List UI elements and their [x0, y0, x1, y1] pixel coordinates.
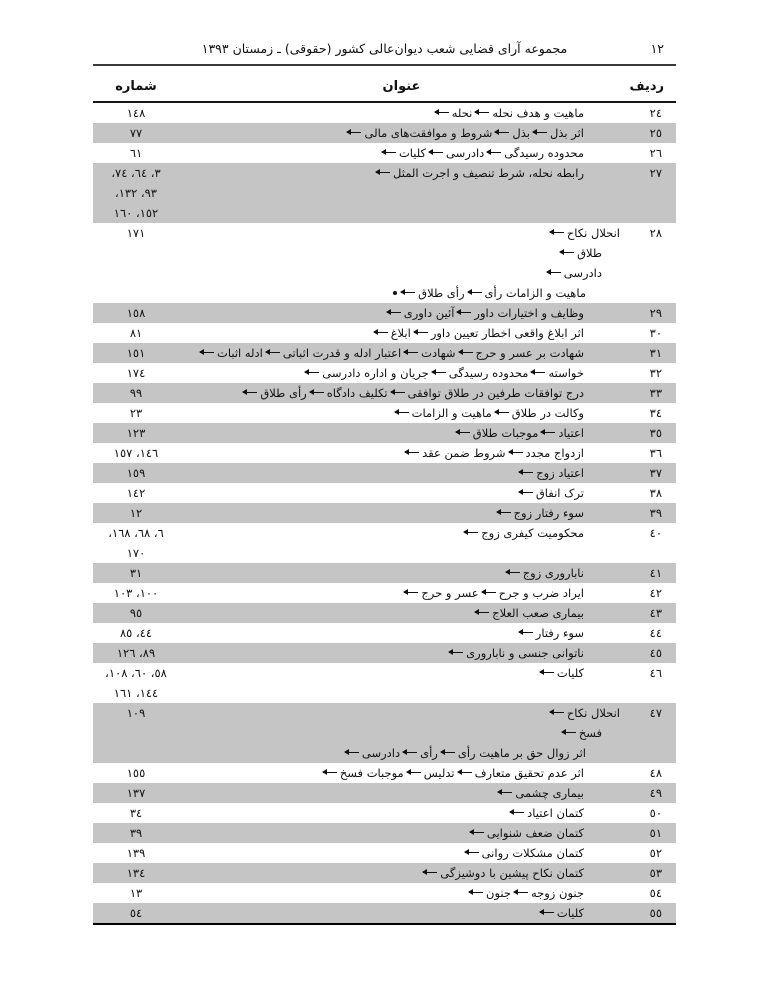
table-row: ٣١ناباروری زوج٤١: [93, 563, 676, 583]
keyword-segment: اعتبار ادله و قدرت اثباتی: [283, 343, 401, 363]
row-number-line: ٤٧: [624, 703, 662, 723]
keyword-segment: بذل: [512, 123, 530, 143]
keyword-segment: ناباروری زوج: [523, 563, 584, 583]
reference-number-cell: ١٥١: [93, 343, 179, 363]
table-header-row: شماره عنوان ردیف: [93, 66, 676, 101]
keyword-segment: شروط ضمن عقد: [422, 443, 505, 463]
keyword-segment: ادله اثبات: [217, 343, 263, 363]
arrow-left-icon: [382, 152, 396, 153]
row-number-line: ٣٥: [624, 423, 662, 443]
row-number-cell: ٤٣: [624, 603, 676, 623]
row-number-line: ٥٣: [624, 863, 662, 883]
reference-number-text: ٣، ٦٤، ٧٤،: [111, 166, 160, 180]
reference-number-cell: ٥٤: [93, 903, 179, 923]
arrow-left-icon: [310, 392, 324, 393]
keyword-segment: خواسته: [548, 363, 584, 383]
reference-number-text: ١٤٨: [127, 106, 146, 120]
arrow-left-icon: [469, 892, 483, 893]
reference-number-text: ١٢٣: [127, 426, 146, 440]
keyword-segment: اثر بذل: [550, 123, 584, 143]
table-row: ١٥٩اعتیاد زوج٣٧: [93, 463, 676, 483]
reference-number-text: ١٥٩: [127, 466, 146, 480]
reference-number-text: ١٤٤، ١٦١: [114, 686, 158, 700]
row-number-cell: ٤٧: [624, 703, 676, 763]
entry-title-line: کتمان اعتیاد: [179, 803, 624, 823]
row-number-text: ٢٥: [650, 126, 662, 140]
keyword-segment: انحلال نکاح: [567, 703, 620, 723]
keyword-segment: آئین داوری: [404, 303, 455, 323]
row-number-cell: ٢٧: [624, 163, 676, 223]
row-number-line: ٤٨: [624, 763, 662, 783]
reference-number-cell: ٥٨، ٦٠، ١٠٨،١٤٤، ١٦١: [93, 663, 179, 703]
reference-number-line: ٩٥: [93, 603, 179, 623]
arrow-left-icon: [323, 772, 337, 773]
row-number-line: ٥٤: [624, 883, 662, 903]
arrow-left-icon: [514, 892, 528, 893]
arrow-left-icon: [531, 372, 545, 373]
entry-title-line: جریان و اداره دادرسیمحدوده رسیدگیخواسته: [179, 363, 624, 383]
table-row: ١٥١ادله اثباتاعتبار ادله و قدرت اثباتیشه…: [93, 343, 676, 363]
row-number-text: ٢٦: [650, 146, 662, 160]
reference-number-cell: ٣٩: [93, 823, 179, 843]
arrow-left-icon: [533, 132, 547, 133]
entry-title-line: اعتیاد زوج: [179, 463, 624, 483]
reference-number-line: ١٤٤، ١٦١: [93, 683, 179, 703]
reference-number-text: ٢٣: [130, 406, 142, 420]
arrow-left-icon: [391, 392, 405, 393]
entry-title-cell: انحلال نکاحفسخدادرسیرأیاثر زوال حق بر ما…: [179, 703, 624, 763]
entry-title-cell: کتمان اعتیاد: [179, 803, 624, 823]
entry-title-cell: ناتوانی جنسی و ناباروری: [179, 643, 624, 663]
reference-number-text: ١٥٥: [127, 766, 146, 780]
table-row: ١٢سوء رفتار زوج٣٩: [93, 503, 676, 523]
arrow-left-icon: [495, 412, 509, 413]
keyword-segment: عسر و حرج: [421, 583, 478, 603]
reference-number-cell: ١٤٢: [93, 483, 179, 503]
reference-number-line: ١٢: [93, 503, 179, 523]
entry-title-line: محکومیت کیفری زوج: [179, 523, 624, 543]
row-number-text: ٣٧: [650, 466, 662, 480]
table-row: ١٣٤کتمان نکاح پیشین با دوشیزگی٥٣: [93, 863, 676, 883]
arrow-left-icon: [345, 752, 359, 753]
row-number-line: ٤٩: [624, 783, 662, 803]
table-row: ١٠٩انحلال نکاحفسخدادرسیرأیاثر زوال حق بر…: [93, 703, 676, 763]
table-row: ١٠٠، ١٠٣عسر و حرجایراد ضرب و جرح٤٢: [93, 583, 676, 603]
keyword-segment: ماهیت و الزامات: [412, 403, 492, 423]
keyword-segment: ترک انفاق: [536, 483, 584, 503]
keyword-segment: اعتیاد: [558, 423, 584, 443]
keyword-segment: بیماری صعب العلاج: [492, 603, 584, 623]
reference-number-line: ١٣٩: [93, 843, 179, 863]
entry-title-line: رابطه نحله، شرط تنصیف و اجرت المثل: [179, 163, 624, 183]
reference-number-text: ٤٤، ٨٥: [120, 626, 152, 640]
row-number-text: ٣٤: [650, 406, 662, 420]
keyword-segment: ناتوانی جنسی و ناباروری: [466, 643, 584, 663]
entry-title-cell: کلیاتدادرسیمحدوده رسیدگی: [179, 143, 624, 163]
row-number-cell: ٤٥: [624, 643, 676, 663]
keyword-segment: رأی طلاق: [418, 283, 464, 303]
keyword-segment: ازدواج مجدد: [526, 443, 584, 463]
row-number-line: ٤٦: [624, 663, 662, 683]
arrow-left-icon: [487, 152, 501, 153]
entry-title-line: شروط ضمن عقدازدواج مجدد: [179, 443, 624, 463]
table-row: ١٣٩کتمان مشکلات روانی٥٢: [93, 843, 676, 863]
reference-number-line: ٣٤: [93, 803, 179, 823]
arrow-left-icon: [506, 572, 520, 573]
arrow-left-icon: [423, 872, 437, 873]
reference-number-line: ٣، ٦٤، ٧٤،: [93, 163, 179, 183]
row-number-line: ٤٠: [624, 523, 662, 543]
reference-number-text: ٨٩، ١٢٦: [117, 646, 155, 660]
row-number-line: ٥٥: [624, 903, 662, 923]
reference-number-cell: ٤٤، ٨٥: [93, 623, 179, 643]
table-row: ٣، ٦٤، ٧٤،٩٣، ١٣٢،١٥٢، ١٦٠رابطه نحله، شر…: [93, 163, 676, 223]
arrow-left-icon: [562, 732, 576, 733]
row-number-line: ٥١: [624, 823, 662, 843]
row-number-line: ٥٠: [624, 803, 662, 823]
keyword-segment: وظایف و اختیارات داور: [474, 303, 584, 323]
row-number-cell: ٥٥: [624, 903, 676, 923]
row-number-line: ٣٨: [624, 483, 662, 503]
reference-number-cell: ١٧٤: [93, 363, 179, 383]
reference-number-line: ١٥٩: [93, 463, 179, 483]
arrow-left-icon: [540, 912, 554, 913]
arrow-left-icon: [243, 392, 257, 393]
row-number-text: ٥٢: [650, 846, 662, 860]
entry-title-cell: ترک انفاق: [179, 483, 624, 503]
arrow-left-icon: [404, 352, 418, 353]
entry-title-line: کتمان مشکلات روانی: [179, 843, 624, 863]
reference-number-line: ٧٧: [93, 123, 179, 143]
entry-title-line: کلیات: [179, 903, 624, 923]
table-bottom-rule: [93, 923, 676, 926]
reference-number-line: ٩٩: [93, 383, 179, 403]
row-number-cell: ٣٤: [624, 403, 676, 423]
entry-title-line: دادرسی: [179, 263, 624, 283]
arrow-left-icon: [464, 532, 478, 533]
arrow-left-icon: [550, 712, 564, 713]
arrow-left-icon: [495, 132, 509, 133]
reference-number-cell: ١٤٨: [93, 103, 179, 123]
keyword-segment: کتمان ضعف شنوایی: [487, 823, 584, 843]
arrow-left-icon: [405, 452, 419, 453]
arrow-left-icon: [376, 172, 390, 173]
row-number-text: ٣٨: [650, 486, 662, 500]
table-row: ١٤٦، ١٥٧شروط ضمن عقدازدواج مجدد٣٦: [93, 443, 676, 463]
row-number-line: ٣١: [624, 343, 662, 363]
reference-number-cell: ٣، ٦٤، ٧٤،٩٣، ١٣٢،١٥٢، ١٦٠: [93, 163, 179, 223]
page-content: مجموعه آرای قضایی شعب دیوان‌عالی کشور (ح…: [93, 0, 676, 925]
row-number-cell: ٤٠: [624, 523, 676, 563]
reference-number-text: ٣٤: [130, 806, 142, 820]
keyword-segment: طلاق: [577, 243, 602, 263]
reference-number-line: ٢٣: [93, 403, 179, 423]
reference-number-cell: ٩٩: [93, 383, 179, 403]
row-number-cell: ٢٦: [624, 143, 676, 163]
row-number-cell: ٣٣: [624, 383, 676, 403]
bullet-dot-icon: [393, 291, 397, 295]
reference-number-cell: ١٥٥: [93, 763, 179, 783]
reference-number-cell: ٢٣: [93, 403, 179, 423]
entry-title-cell: ادله اثباتاعتبار ادله و قدرت اثباتیشهادت…: [179, 343, 624, 363]
reference-number-text: ٥٨، ٦٠، ١٠٨،: [105, 666, 167, 680]
page-number: ١٢: [651, 40, 664, 57]
reference-number-text: ١٣٩: [127, 846, 146, 860]
reference-number-text: ٩٥: [130, 606, 142, 620]
row-number-text: ٤٠: [650, 526, 662, 540]
row-number-cell: ٣٦: [624, 443, 676, 463]
row-number-cell: ٥٤: [624, 883, 676, 903]
keyword-segment: فسخ: [579, 723, 602, 743]
keyword-segment: دادرسی: [362, 743, 400, 763]
row-number-cell: ٤٨: [624, 763, 676, 783]
row-number-cell: ٤٩: [624, 783, 676, 803]
keyword-segment: وکالت در طلاق: [512, 403, 584, 423]
table-row: ١٥٥موجبات فسختدلیساثر عدم تحقیق متعارف٤٨: [93, 763, 676, 783]
arrow-left-icon: [547, 272, 561, 273]
reference-number-line: ١٥٨: [93, 303, 179, 323]
entry-title-cell: ماهیت و الزاماتوکالت در طلاق: [179, 403, 624, 423]
table-row: ٨١ابلاغاثر ابلاغ واقعی اخطار تعیین داور٣…: [93, 323, 676, 343]
row-number-text: ٥٠: [650, 806, 662, 820]
entry-title-line: انحلال نکاح: [179, 703, 624, 723]
row-number-cell: ٤١: [624, 563, 676, 583]
keyword-segment: کتمان مشکلات روانی: [482, 843, 584, 863]
reference-number-line: ٦، ٦٨، ١٦٨،: [93, 523, 179, 543]
entry-title-cell: جریان و اداره دادرسیمحدوده رسیدگیخواسته: [179, 363, 624, 383]
row-number-line: ٤٣: [624, 603, 662, 623]
arrow-left-icon: [560, 252, 574, 253]
reference-number-line: ١٥٥: [93, 763, 179, 783]
reference-number-line: ١٧١: [93, 223, 179, 243]
keyword-segment: اعتیاد زوج: [536, 463, 584, 483]
reference-number-cell: ٨٩، ١٢٦: [93, 643, 179, 663]
arrow-left-icon: [347, 132, 361, 133]
row-number-cell: ٤٦: [624, 663, 676, 703]
row-number-line: ٣٦: [624, 443, 662, 463]
table-row: ١٢٣موجبات طلاقاعتیاد٣٥: [93, 423, 676, 443]
reference-number-cell: ١٣: [93, 883, 179, 903]
entry-title-cell: رابطه نحله، شرط تنصیف و اجرت المثل: [179, 163, 624, 223]
row-number-cell: ٣١: [624, 343, 676, 363]
keyword-segment: کتمان نکاح پیشین با دوشیزگی: [440, 863, 584, 883]
row-number-text: ٢٧: [650, 166, 662, 180]
entry-title-line: فسخ: [179, 723, 624, 743]
reference-number-line: ١٤٨: [93, 103, 179, 123]
row-number-line: ٤١: [624, 563, 662, 583]
reference-number-cell: ٣١: [93, 563, 179, 583]
row-number-cell: ٥٢: [624, 843, 676, 863]
reference-number-cell: ١٣٤: [93, 863, 179, 883]
keyword-segment: موجبات فسخ: [340, 763, 404, 783]
reference-number-cell: ٦، ٦٨، ١٦٨،١٧٠: [93, 523, 179, 563]
running-head: مجموعه آرای قضایی شعب دیوان‌عالی کشور (ح…: [93, 40, 676, 57]
row-number-line: ٣٢: [624, 363, 662, 383]
row-number-text: ٢٩: [650, 306, 662, 320]
entry-title-line: سوء رفتار زوج: [179, 503, 624, 523]
keyword-segment: محکومیت کیفری زوج: [481, 523, 584, 543]
reference-number-text: ١٣٧: [127, 786, 146, 800]
row-number-text: ٥٤: [650, 886, 662, 900]
reference-number-text: ١٣: [130, 886, 142, 900]
reference-number-line: ١٣٧: [93, 783, 179, 803]
row-number-text: ٤٢: [650, 586, 662, 600]
row-number-text: ٣٥: [650, 426, 662, 440]
arrow-left-icon: [414, 332, 428, 333]
entry-title-line: ادله اثباتاعتبار ادله و قدرت اثباتیشهادت…: [179, 343, 624, 363]
arrow-left-icon: [432, 372, 446, 373]
table-row: ١٧١انحلال نکاحطلاقدادرسیرأی طلاقماهیت و …: [93, 223, 676, 303]
reference-number-text: ٣٩: [130, 826, 142, 840]
reference-number-line: ٣٩: [93, 823, 179, 843]
entry-title-cell: موجبات فسختدلیساثر عدم تحقیق متعارف: [179, 763, 624, 783]
table-row: ١٣٧بیماری چشمی٤٩: [93, 783, 676, 803]
reference-number-cell: ١٣٧: [93, 783, 179, 803]
arrow-left-icon: [519, 492, 533, 493]
reference-number-line: ١٢٣: [93, 423, 179, 443]
keyword-segment: رأی: [420, 743, 438, 763]
reference-number-cell: ٨١: [93, 323, 179, 343]
arrow-left-icon: [449, 652, 463, 653]
table-row: ٨٩، ١٢٦ناتوانی جنسی و ناباروری٤٥: [93, 643, 676, 663]
reference-number-text: ٩٣، ١٣٢،: [115, 186, 157, 200]
reference-number-cell: ١٥٩: [93, 463, 179, 483]
reference-number-line: ١٧٤: [93, 363, 179, 383]
arrow-left-icon: [457, 312, 471, 313]
entry-title-line: شروط و موافقت‌های مالیبذلاثر بذل: [179, 123, 624, 143]
entry-title-line: عسر و حرجایراد ضرب و جرح: [179, 583, 624, 603]
table-row: ٥٤کلیات٥٥: [93, 903, 676, 923]
row-number-text: ٣١: [650, 346, 662, 360]
row-number-line: ٣٣: [624, 383, 662, 403]
keyword-segment: کتمان اعتیاد: [527, 803, 584, 823]
arrow-left-icon: [374, 332, 388, 333]
entry-title-cell: بیماری چشمی: [179, 783, 624, 803]
row-number-cell: ٣٨: [624, 483, 676, 503]
entry-title-line: کلیاتدادرسیمحدوده رسیدگی: [179, 143, 624, 163]
entry-title-cell: محکومیت کیفری زوج: [179, 523, 624, 563]
arrow-left-icon: [266, 352, 280, 353]
keyword-segment: کلیات: [557, 663, 584, 683]
reference-number-cell: ٩٥: [93, 603, 179, 623]
arrow-left-icon: [404, 592, 418, 593]
arrow-left-icon: [482, 592, 496, 593]
reference-number-cell: ٣٤: [93, 803, 179, 823]
reference-number-cell: ١٣٩: [93, 843, 179, 863]
table-row: ٩٩رأی طلاقتکلیف دادگاهدرج توافقات طرفین …: [93, 383, 676, 403]
entry-title-cell: کلیات: [179, 663, 624, 703]
reference-number-text: ١٧٠: [127, 546, 146, 560]
entry-title-line: موجبات فسختدلیساثر عدم تحقیق متعارف: [179, 763, 624, 783]
row-number-line: ٤٢: [624, 583, 662, 603]
reference-number-line: ١٠٩: [93, 703, 179, 723]
reference-number-cell: ٦١: [93, 143, 179, 163]
reference-number-line: ١٥٢، ١٦٠: [93, 203, 179, 223]
reference-number-line: ١٤٦، ١٥٧: [93, 443, 179, 463]
row-number-cell: ٤٤: [624, 623, 676, 643]
table-row: ١٧٤جریان و اداره دادرسیمحدوده رسیدگیخواس…: [93, 363, 676, 383]
reference-number-line: ٨٩، ١٢٦: [93, 643, 179, 663]
arrow-left-icon: [435, 112, 449, 113]
row-number-cell: ٣٧: [624, 463, 676, 483]
keyword-segment: کلیات: [399, 143, 426, 163]
reference-number-line: ٨١: [93, 323, 179, 343]
reference-number-text: ٦١: [130, 146, 142, 160]
arrow-left-icon: [497, 512, 511, 513]
reference-number-line: ١٧٠: [93, 543, 179, 563]
keyword-segment: رأی طلاق: [260, 383, 306, 403]
keyword-segment: ماهیت و هدف نحله: [492, 103, 584, 123]
table-row: ١٥٨آئین داوریوظایف و اختیارات داور٢٩: [93, 303, 676, 323]
row-number-line: ٢٧: [624, 163, 662, 183]
row-number-line: ٣٠: [624, 323, 662, 343]
entry-title-line: جنونجنون زوجه: [179, 883, 624, 903]
entry-title-line: دادرسیرأیاثر زوال حق بر ماهیت رأی: [179, 743, 624, 763]
reference-number-text: ١٣٤: [127, 866, 146, 880]
keyword-segment: جنون زوجه: [531, 883, 584, 903]
arrow-left-icon: [456, 432, 470, 433]
arrow-left-icon: [403, 752, 417, 753]
row-number-cell: ٣٠: [624, 323, 676, 343]
arrow-left-icon: [429, 152, 443, 153]
keyword-segment: محدوده رسیدگی: [504, 143, 584, 163]
row-number-text: ٥٣: [650, 866, 662, 880]
entry-title-cell: آئین داوریوظایف و اختیارات داور: [179, 303, 624, 323]
row-number-text: ٤٧: [650, 706, 662, 720]
entry-title-line: ناتوانی جنسی و ناباروری: [179, 643, 624, 663]
table-row: ٩٥بیماری صعب العلاج٤٣: [93, 603, 676, 623]
keyword-segment: بیماری چشمی: [515, 783, 584, 803]
row-number-text: ٥١: [650, 826, 662, 840]
reference-number-cell: ١٠٠، ١٠٣: [93, 583, 179, 603]
reference-number-line: ١٣٤: [93, 863, 179, 883]
reference-number-line: ٤٤، ٨٥: [93, 623, 179, 643]
reference-number-cell: ٧٧: [93, 123, 179, 143]
arrow-left-icon: [470, 832, 484, 833]
row-number-text: ٣٢: [650, 366, 662, 380]
table-row: ٦، ٦٨، ١٦٨،١٧٠محکومیت کیفری زوج٤٠: [93, 523, 676, 563]
arrow-left-icon: [519, 632, 533, 633]
arrow-left-icon: [475, 612, 489, 613]
arrow-left-icon: [468, 292, 482, 293]
entry-title-cell: کتمان ضعف شنوایی: [179, 823, 624, 843]
row-number-line: ٢٨: [624, 223, 662, 243]
arrow-left-icon: [540, 672, 554, 673]
keyword-segment: ایراد ضرب و جرح: [499, 583, 584, 603]
entry-title-line: موجبات طلاقاعتیاد: [179, 423, 624, 443]
keyword-segment: ابلاغ: [391, 323, 411, 343]
entry-title-cell: انحلال نکاحطلاقدادرسیرأی طلاقماهیت و الز…: [179, 223, 624, 303]
arrow-left-icon: [509, 452, 523, 453]
column-header-row: ردیف: [624, 79, 676, 94]
running-title: مجموعه آرای قضایی شعب دیوان‌عالی کشور (ح…: [93, 40, 676, 57]
table-row: ١٤٢ترک انفاق٣٨: [93, 483, 676, 503]
row-number-text: ٢٨: [650, 226, 662, 240]
entry-title-cell: شروط و موافقت‌های مالیبذلاثر بذل: [179, 123, 624, 143]
reference-number-text: ٣١: [130, 566, 142, 580]
entry-title-line: ماهیت و الزاماتوکالت در طلاق: [179, 403, 624, 423]
keyword-segment: شروط و موافقت‌های مالی: [364, 123, 492, 143]
entry-title-cell: سوء رفتار زوج: [179, 503, 624, 523]
keyword-segment: موجبات طلاق: [473, 423, 539, 443]
keyword-segment: جریان و اداره دادرسی: [322, 363, 428, 383]
row-number-line: ٤٤: [624, 623, 662, 643]
reference-number-line: ٩٣، ١٣٢،: [93, 183, 179, 203]
row-number-text: ٤٦: [650, 666, 662, 680]
entry-title-line: آئین داوریوظایف و اختیارات داور: [179, 303, 624, 323]
keyword-segment: تدلیس: [424, 763, 455, 783]
row-number-cell: ٢٥: [624, 123, 676, 143]
